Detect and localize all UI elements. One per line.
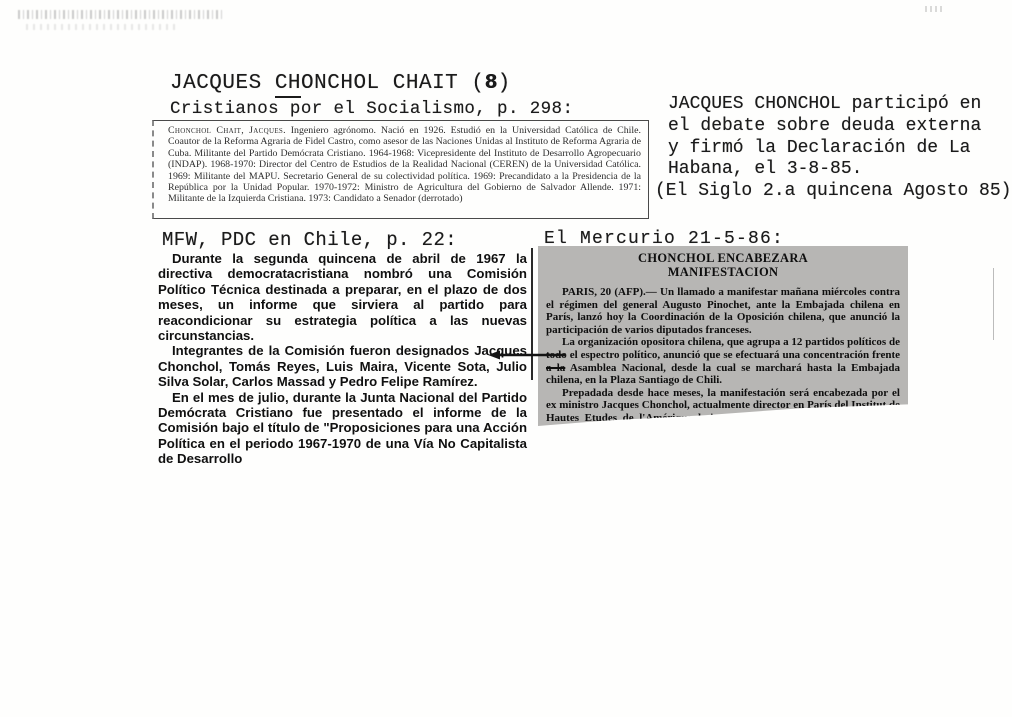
typed-note-line: JACQUES CHONCHOL participó en bbox=[668, 94, 1011, 116]
newspaper-clipping: CHONCHOL ENCABEZARA MANIFESTACION PARIS,… bbox=[538, 246, 908, 426]
page-title-pre: JACQUES bbox=[170, 72, 275, 95]
typed-note-line: Habana, el 3-8-85. bbox=[668, 159, 1011, 181]
source-reference-heading: Cristianos por el Socialismo, p. 298: bbox=[170, 99, 573, 119]
typed-note-line: y firmó la Declaración de La bbox=[668, 138, 1011, 160]
page-title-close: ) bbox=[498, 72, 511, 95]
book-excerpt-paragraph: En el mes de julio, durante la Junta Nac… bbox=[158, 390, 527, 467]
struck-out-text: a la bbox=[546, 362, 565, 374]
scan-edge-artifact bbox=[993, 268, 994, 340]
scan-smudge-artifact bbox=[18, 10, 232, 40]
page-title-mid: ONCHOL CHAIT ( bbox=[301, 72, 484, 95]
book-excerpt-paragraph: Integrantes de la Comisión fueron design… bbox=[158, 343, 527, 389]
book-excerpt-clipping: Durante la segunda quincena de abril de … bbox=[158, 251, 527, 467]
clipping-paragraph-text: Asamblea Nacional, desde la cual se marc… bbox=[546, 362, 900, 387]
biography-clipping: Chonchol Chait, Jacques. Ingeniero agrón… bbox=[152, 120, 649, 219]
scan-dots-artifact bbox=[925, 6, 943, 12]
book-excerpt-paragraph: Durante la segunda quincena de abril de … bbox=[158, 251, 527, 343]
clipping-paragraph-text: La organización opositora chilena, que a… bbox=[546, 336, 900, 361]
page-title-underlined: CH bbox=[275, 72, 301, 98]
clipping-title-line1: CHONCHOL ENCABEZARA bbox=[546, 251, 900, 265]
clipping-paragraph: Prepadada desde hace meses, la manifesta… bbox=[546, 387, 900, 437]
handwritten-arrow-icon bbox=[488, 348, 568, 362]
biography-text: Ingeniero agrónomo. Nació en 1926. Estud… bbox=[168, 125, 641, 204]
typed-note-line: el debate sobre deuda externa bbox=[668, 116, 1011, 138]
typed-note-source-line: (El Siglo 2.a quincena Agosto 85) bbox=[655, 181, 1011, 203]
scanned-archive-page: JACQUES CHONCHOL CHAIT (8) Cristianos po… bbox=[0, 0, 1012, 717]
clipping-title-line2: MANIFESTACION bbox=[546, 265, 900, 279]
left-article-heading: MFW, PDC en Chile, p. 22: bbox=[162, 229, 457, 251]
page-title-number: 8 bbox=[484, 72, 497, 95]
clipping-paragraph: PARIS, 20 (AFP).— Un llamado a manifesta… bbox=[546, 286, 900, 336]
typed-annotation-note: JACQUES CHONCHOL participó en el debate … bbox=[668, 94, 1011, 203]
page-title: JACQUES CHONCHOL CHAIT (8) bbox=[170, 72, 511, 95]
biography-name: Chonchol Chait, Jacques. bbox=[168, 125, 286, 136]
clipping-paragraph: La organización opositora chilena, que a… bbox=[546, 336, 900, 386]
